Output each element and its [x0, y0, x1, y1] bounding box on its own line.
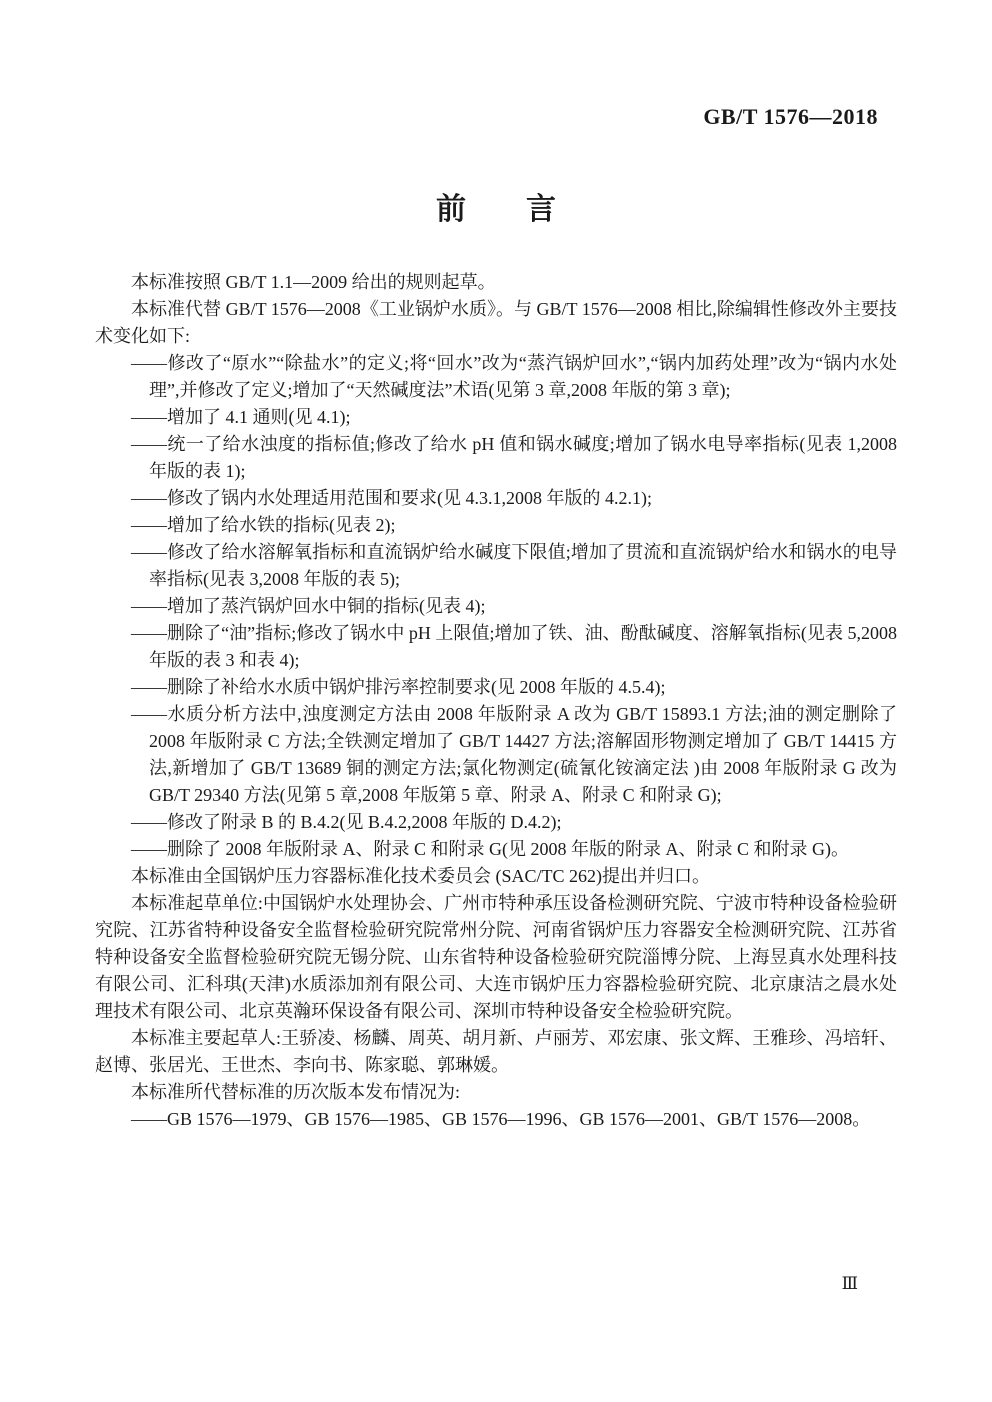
- list-item: ——增加了给水铁的指标(见表 2);: [95, 512, 897, 539]
- page-title: 前 言: [0, 184, 992, 228]
- paragraph: 本标准代替 GB/T 1576—2008《工业锅炉水质》。与 GB/T 1576…: [95, 296, 897, 350]
- list-item: ——修改了“原水”“除盐水”的定义;将“回水”改为“蒸汽锅炉回水”,“锅内加药处…: [95, 350, 897, 404]
- list-item: ——修改了给水溶解氧指标和直流锅炉给水碱度下限值;增加了贯流和直流锅炉给水和锅水…: [95, 539, 897, 593]
- foreword-content: 本标准按照 GB/T 1.1—2009 给出的规则起草。本标准代替 GB/T 1…: [95, 269, 897, 1133]
- page-number: Ⅲ: [842, 1274, 858, 1294]
- paragraph: 本标准所代替标准的历次版本发布情况为:: [95, 1079, 897, 1106]
- list-item: ——增加了蒸汽锅炉回水中铜的指标(见表 4);: [95, 593, 897, 620]
- list-item: ——水质分析方法中,浊度测定方法由 2008 年版附录 A 改为 GB/T 15…: [95, 701, 897, 809]
- list-item: ——删除了“油”指标;修改了锅水中 pH 上限值;增加了铁、油、酚酞碱度、溶解氧…: [95, 620, 897, 674]
- paragraph: 本标准按照 GB/T 1.1—2009 给出的规则起草。: [95, 269, 897, 296]
- list-item: ——统一了给水浊度的指标值;修改了给水 pH 值和锅水碱度;增加了锅水电导率指标…: [95, 431, 897, 485]
- list-item: ——修改了附录 B 的 B.4.2(见 B.4.2,2008 年版的 D.4.2…: [95, 809, 897, 836]
- list-item: ——删除了补给水水质中锅炉排污率控制要求(见 2008 年版的 4.5.4);: [95, 674, 897, 701]
- list-item: ——GB 1576—1979、GB 1576—1985、GB 1576—1996…: [95, 1106, 897, 1133]
- paragraph: 本标准主要起草人:王骄凌、杨麟、周英、胡月新、卢丽芳、邓宏康、张文辉、王雅珍、冯…: [95, 1025, 897, 1079]
- list-item: ——增加了 4.1 通则(见 4.1);: [95, 404, 897, 431]
- standard-code: GB/T 1576—2018: [703, 104, 878, 130]
- paragraph: 本标准起草单位:中国锅炉水处理协会、广州市特种承压设备检测研究院、宁波市特种设备…: [95, 890, 897, 1025]
- document-page: GB/T 1576—2018 前 言 本标准按照 GB/T 1.1—2009 给…: [0, 0, 992, 1402]
- list-item: ——删除了 2008 年版附录 A、附录 C 和附录 G(见 2008 年版的附…: [95, 836, 897, 863]
- paragraph: 本标准由全国锅炉压力容器标准化技术委员会 (SAC/TC 262)提出并归口。: [95, 863, 897, 890]
- list-item: ——修改了锅内水处理适用范围和要求(见 4.3.1,2008 年版的 4.2.1…: [95, 485, 897, 512]
